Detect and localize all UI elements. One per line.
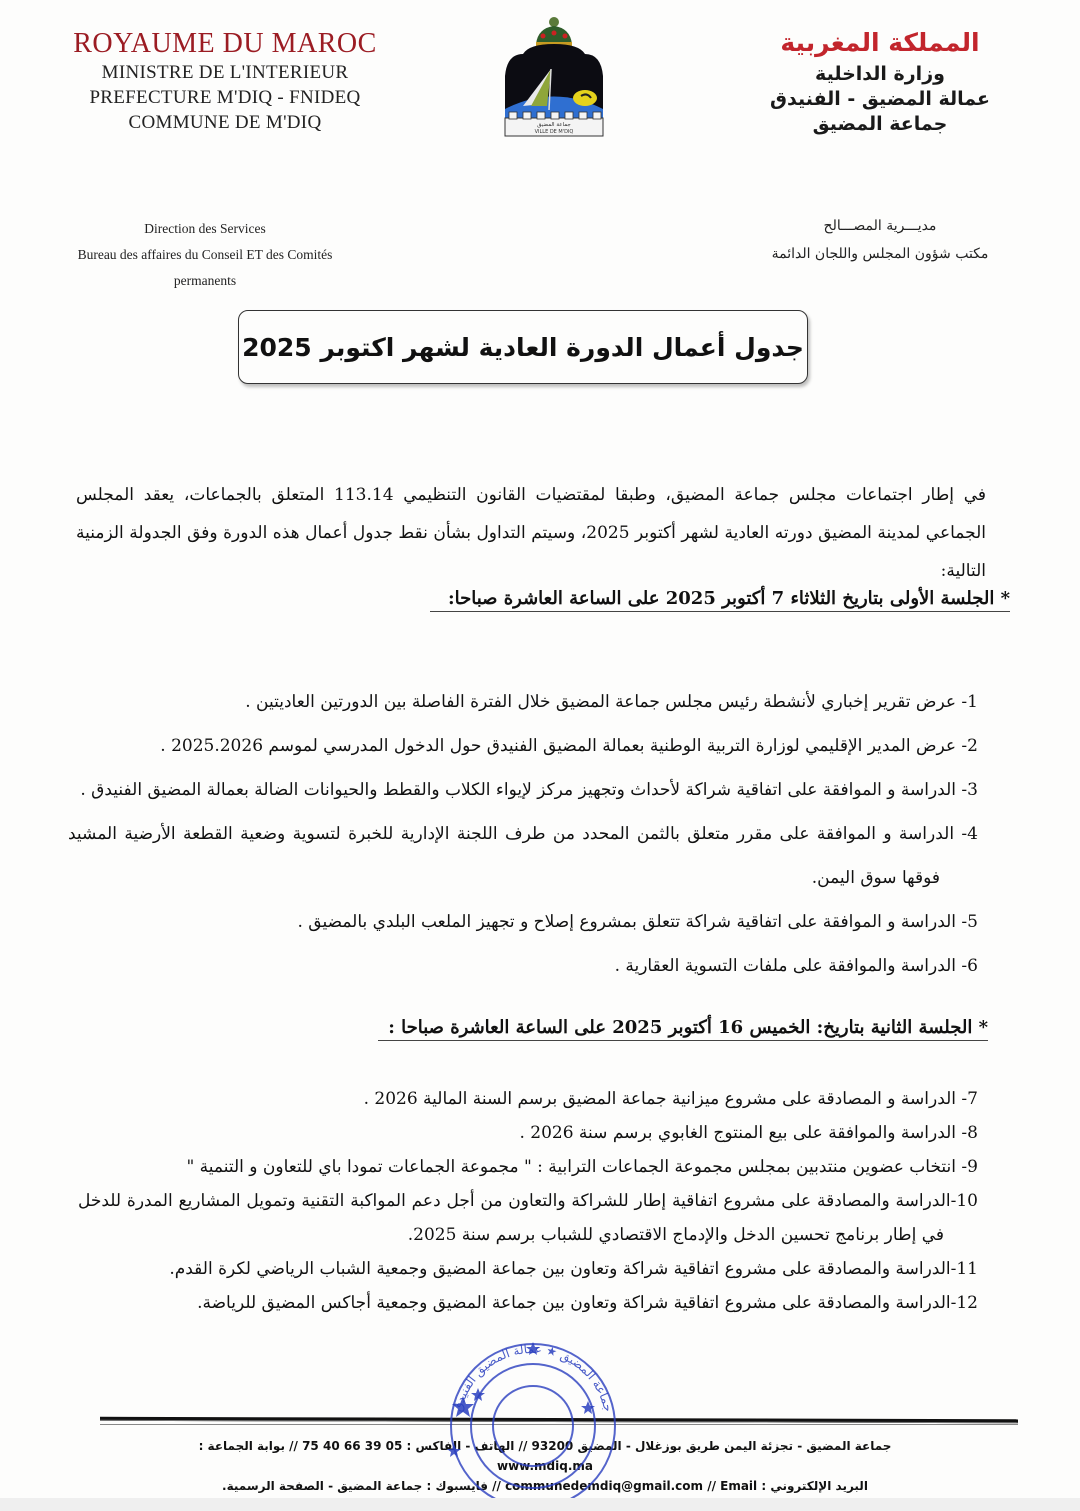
footer-divider [100,1417,1018,1423]
header-arabic: المملكة المغربية وزارة الداخلية عمالة ال… [720,24,1040,137]
ministry-line-fr: MINISTRE DE L'INTERIEUR [40,60,410,85]
bureau-label-fr: Bureau des affaires du Conseil ET des Co… [40,242,370,268]
agenda-item: 2- عرض المدير الإقليمي لوزارة التربية ال… [68,724,978,768]
commune-line-fr: COMMUNE DE M'DIQ [40,110,410,135]
agenda-item: 3- الدراسة و الموافقة على اتفاقية شراكة … [68,768,978,812]
commune-emblem-icon: جماعة المضيق VILLE DE M'DIQ [503,14,605,138]
document-title-box: جدول أعمال الدورة العادية لشهر اكتوبر 20… [238,310,808,384]
agenda-item: 5- الدراسة و الموافقة على اتفاقية شراكة … [68,900,978,944]
ministry-line-ar: وزارة الداخلية [720,62,1040,87]
footer-contact: جماعة المضيق - تجزئة اليمن طريق بوزغلال … [150,1436,940,1496]
agenda-item: 10-الدراسة والمصادقة على مشروع اتفاقية إ… [78,1184,978,1252]
document-title: جدول أعمال الدورة العادية لشهر اكتوبر 20… [242,333,804,362]
agenda-item: 9- انتخاب عضوين منتدبين بمجلس مجموعة الج… [78,1150,978,1184]
kingdom-title-fr: ROYAUME DU MAROC [40,28,410,60]
page-bottom-margin [0,1498,1080,1511]
direction-label-ar: مديـــرية المصـــالح [770,212,990,240]
header-french: ROYAUME DU MAROC MINISTRE DE L'INTERIEUR… [40,28,410,135]
session-2-heading: * الجلسة الثانية بتاريخ: الخميس 16 أكتوب… [378,1017,988,1041]
document-page: ROYAUME DU MAROC MINISTRE DE L'INTERIEUR… [0,0,1080,1498]
prefecture-line-fr: PREFECTURE M'DIQ - FNIDEQ [40,85,410,110]
agenda-item: 11-الدراسة والمصادقة على مشروع اتفاقية ش… [78,1252,978,1286]
agenda-item: 4- الدراسة و الموافقة على مقرر متعلق بال… [68,812,978,900]
department-fr: Direction des Services Bureau des affair… [40,216,370,294]
intro-paragraph: في إطار اجتماعات مجلس جماعة المضيق، وطبق… [76,476,986,590]
logo-caption-ar: جماعة المضيق [537,122,571,128]
commune-line-ar: جماعة المضيق [720,112,1040,137]
footer-address-line: جماعة المضيق - تجزئة اليمن طريق بوزغلال … [150,1436,940,1476]
footer-divider-thin [100,1424,1018,1425]
session-1-agenda: 1- عرض تقرير إخباري لأنشطة رئيس مجلس جما… [68,680,978,988]
agenda-item: 1- عرض تقرير إخباري لأنشطة رئيس مجلس جما… [68,680,978,724]
footer-email-line: البريد الإلكتروني : communedemdiq@gmail.… [150,1476,940,1496]
prefecture-line-ar: عمالة المضيق - الفنيدق [720,87,1040,112]
logo-caption-fr: VILLE DE M'DIQ [535,129,574,135]
bureau-label-fr-cont: permanents [40,268,370,294]
department-ar: مديـــرية المصـــالح مكتب شؤون المجلس وا… [770,212,990,268]
session-2-agenda: 7- الدراسة و المصادقة على مشروع ميزانية … [78,1082,978,1320]
agenda-item: 12-الدراسة والمصادقة على مشروع اتفاقية ش… [78,1286,978,1320]
bureau-label-ar: مكتب شؤون المجلس واللجان الدائمة [770,240,990,268]
stamp-text: جماعة المضيق ★ عمالة المضيق الفنيدق [450,1342,615,1413]
svg-text:جماعة المضيق ★ عمالة المضيق ال: جماعة المضيق ★ عمالة المضيق الفنيدق [450,1342,615,1413]
kingdom-title-ar: المملكة المغربية [720,24,1040,62]
direction-label-fr: Direction des Services [40,216,370,242]
agenda-item: 6- الدراسة والموافقة على ملفات التسوية ا… [68,944,978,988]
agenda-item: 8- الدراسة والموافقة على بيع المنتوج الغ… [78,1116,978,1150]
session-1-heading: * الجلسة الأولى بتاريخ الثلاثاء 7 أكتوبر… [430,588,1010,612]
agenda-item: 7- الدراسة و المصادقة على مشروع ميزانية … [78,1082,978,1116]
